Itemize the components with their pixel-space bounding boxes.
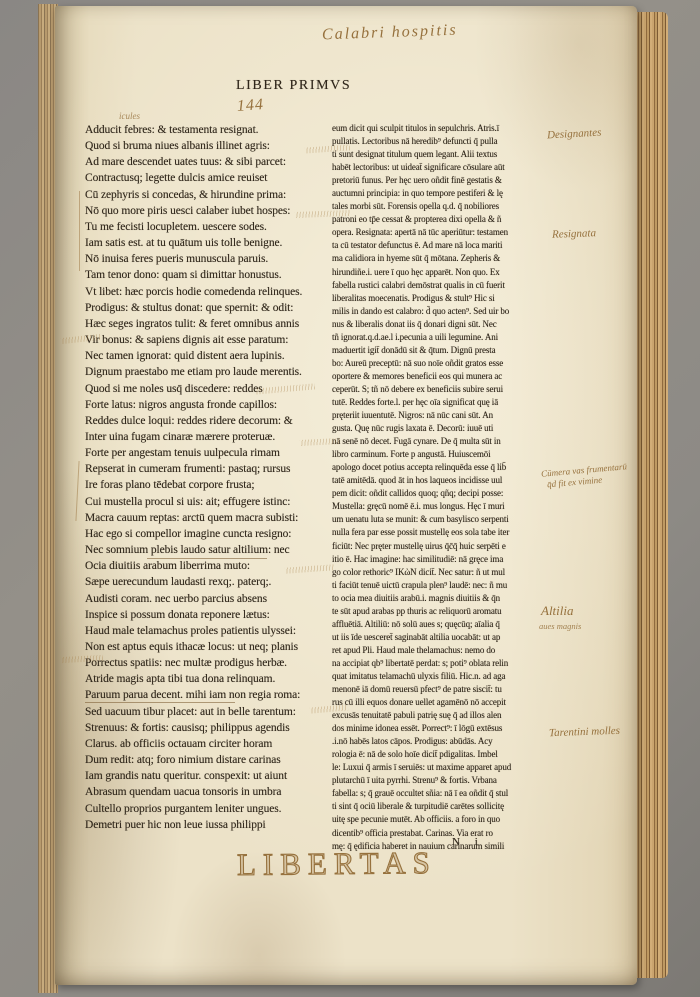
verse-line: Quod si bruma niues albanis illinet agri… (85, 138, 337, 154)
verse-line: Cū zephyris si concedas, & hirundine pri… (85, 187, 337, 203)
commentary-line: libro carminum. Forte p angustā. Huiusce… (332, 448, 552, 461)
verse-line: Dignum praestabo me etiam pro laude mere… (85, 364, 337, 380)
page-leaf: Calabri hospitis LIBER PRIMVS 144 icules… (55, 6, 637, 985)
margin-pen-line (79, 191, 80, 271)
commentary-line: dos minime idonea essēt. Porrect⁹: ī lōg… (332, 722, 552, 735)
verse-line: Nec somnium plebis laudo satur altilium:… (85, 542, 337, 558)
commentary-line: affluētiā. Altiliū: nō solū aues s; quęc… (332, 618, 552, 631)
verse-line: Strenuus: & fortis: causisq; philippus a… (85, 720, 337, 736)
verse-line: Porrectus spatiis: nec multæ prodigus he… (85, 655, 337, 671)
commentary-line: liberalitas moecenatis. Prodigus & stult… (332, 292, 552, 305)
commentary-line: uitę spe pecunie mutēt. Ab officiis. a f… (332, 813, 552, 826)
commentary-line: excusās tenuitatē pabuli patrię suę q̄ a… (332, 709, 552, 722)
verse-line: Macra cauum reptas: arctū quem macra sub… (85, 510, 337, 526)
verse-line: Hac ego si compellor imagine cuncta resi… (85, 526, 337, 542)
verse-line: Hæc seges ingratos tulit: & feret omnibu… (85, 316, 337, 332)
pen-underline (147, 558, 267, 559)
commentary-line: um uenatu luta se munit: & cum basylisco… (332, 513, 552, 526)
verse-line: Non est aptus equis ithacæ locus: ut neq… (85, 639, 337, 655)
commentary-line: rus cū illi equos donare uellet agamēnō … (332, 696, 552, 709)
verse-line: Forte latus: nigros angusta fronde capil… (85, 397, 337, 413)
commentary-line: nulla fera par esse possit mustellę eos … (332, 526, 552, 539)
commentary-line: fabella: s; q̄ grauē occultet sñia: nā ī… (332, 787, 552, 800)
commentary-line: .i.nō habēs latos cāpos. Prodigus: abūdā… (332, 735, 552, 748)
commentary-line: patroni eo tp̄e cessat & propterea dixi … (332, 213, 552, 226)
manuscript-libertas-annotation: LIBERTAS (237, 845, 437, 883)
commentary-line: nus & liberalis donat iis q̄ donari dign… (332, 318, 552, 331)
commentary-line: gusta. Quę nūc rugis laxata ē. Decorū: i… (332, 422, 552, 435)
quire-signature-mark: N i (452, 836, 484, 848)
commentary-line: apologo docet potius accepta relinquēda … (332, 461, 552, 474)
verse-line: Dum redit: atq; foro nimium distare cari… (85, 752, 337, 768)
verse-line: Sæpe uerecundum laudasti rexq;. paterq;. (85, 574, 337, 590)
verse-line: Audisti coram. nec uerbo parcius absens (85, 591, 337, 607)
verse-column: Adducit febres: & testamenta resignat.Qu… (85, 122, 337, 833)
verse-line: Inspice si possum donata reponere lætus: (85, 607, 337, 623)
commentary-line: nā senē nō decet. Fugā cynare. De q̄ mul… (332, 435, 552, 448)
commentary-line: go color rethoric⁹ ΙΚὼΝ dicit̄. Nec satu… (332, 566, 552, 579)
verse-line: Iam grandis natu queritur. conspexit: ut… (85, 768, 337, 784)
commentary-line: itio ē. Hac imagine: hac similitudiē: nā… (332, 553, 552, 566)
manuscript-interlinear-note: icules (119, 111, 140, 121)
verse-line: Vir bonus: & sapiens dignis ait esse par… (85, 332, 337, 348)
verse-line: Ire foras plano tēdebat corpore frusta; (85, 477, 337, 493)
commentary-line: ti faciūt tenuē uictū crapula plen⁹ laud… (332, 579, 552, 592)
commentary-line: Mustella: gręcū nomē ē.i. mus longus. Hę… (332, 500, 552, 513)
verse-line: Cultello proprios purgantem leniter ungu… (85, 801, 337, 817)
commentary-line: tales morbi sūt. Forensis opella q.d. q̄… (332, 200, 552, 213)
verse-line: Tu me fecisti locupletem. uescere sodes. (85, 219, 337, 235)
commentary-line: dicentib⁹ officia prestabat. Carinas. Vi… (332, 827, 552, 840)
commentary-line: tutē. Reddes forte.l. per hęc oīa signif… (332, 396, 552, 409)
manuscript-folio-number: 144 (236, 96, 264, 116)
commentary-line: auctumni principia: in quo tempore pesti… (332, 187, 552, 200)
margin-pen-line (75, 461, 79, 521)
commentary-line: opera. Resignata: apertā nā tūc aperiūtu… (332, 226, 552, 239)
commentary-line: bo: Aureū preceptū: nā suo noīe oñdit gr… (332, 357, 552, 370)
verse-line: Atride magis apta tibi tua dona relinqua… (85, 671, 337, 687)
verse-line: Haud male telamachus proles patientis ul… (85, 623, 337, 639)
commentary-line: tñ ignorat.q.d.ae.l i.pecunia a uili leg… (332, 331, 552, 344)
commentary-line: na accipiat qb⁹ libertatē perdat: s; pot… (332, 657, 552, 670)
commentary-line: pretoriū funus. Per hęc uero oñdit finē … (332, 174, 552, 187)
margin-note-designantes: Designantes (547, 127, 602, 142)
commentary-line: hirundiñe.i. uere ī quo hęc apparēt. Non… (332, 266, 552, 279)
manuscript-top-annotation: Calabri hospitis (322, 22, 458, 45)
verse-line: Prodigus: & stultus donat: que spernit: … (85, 300, 337, 316)
margin-note-resignata: Resignata (552, 227, 596, 241)
verse-line: Ad mare descendet uates tuus: & sibi par… (85, 154, 337, 170)
commentary-line: eum dicit qui sculpit titulos in sepulch… (332, 122, 552, 135)
commentary-line: tatē amitēdā. quod āt in hos laqueos inc… (332, 474, 552, 487)
verse-line: Iam satis est. at tu quātum uis tolle be… (85, 235, 337, 251)
verse-line: Tam tenor dono: quam si dimittar honustu… (85, 267, 337, 283)
commentary-line: ret apud Pli. Haud male thelamachus: nem… (332, 644, 552, 657)
commentary-column: eum dicit qui sculpit titulos in sepulch… (332, 122, 552, 853)
commentary-line: habēt lectoribus: ut uideat̄ significare… (332, 161, 552, 174)
commentary-line: ut iis īde uesceret̄ saginabāt altilia u… (332, 631, 552, 644)
verse-line: Demetri puer hic non leue iussa philippi (85, 817, 337, 833)
book-page-photo: Calabri hospitis LIBER PRIMVS 144 icules… (0, 0, 700, 997)
commentary-line: pullatis. Lectoribus nā heredib⁹ defunct… (332, 135, 552, 148)
commentary-line: ceperūt. S; tñ nō debere ex beneficiis s… (332, 383, 552, 396)
commentary-line: plutarchū ī uita pyrrhi. Strenu⁹ & forti… (332, 774, 552, 787)
verse-line: Repserat in cumeram frumenti: pastaq; ru… (85, 461, 337, 477)
commentary-line: ti sunt designat titulum quem legant. Al… (332, 148, 552, 161)
commentary-line: pem dicit: oñdit callidos quoq; qñq; dec… (332, 487, 552, 500)
commentary-line: fabella rustici calabri demōstrat qualis… (332, 279, 552, 292)
commentary-line: ma calidiora in hyeme sūt q̄ mōtana. Zep… (332, 252, 552, 265)
commentary-line: ta cū testator defunctus ē. Ad mare nā l… (332, 239, 552, 252)
verse-line: Nō inuisa feres pueris munuscula paruis. (85, 251, 337, 267)
commentary-line: pręteriit iuuentutē. Nigros: nā nūc cani… (332, 409, 552, 422)
verse-line: Adducit febres: & testamenta resignat. (85, 122, 337, 138)
page-title: LIBER PRIMVS (236, 78, 351, 94)
margin-note-altilia: Altilia (541, 603, 574, 619)
commentary-line: le: Luxui q̄ armis ī seruiēs: ut maxime … (332, 761, 552, 774)
verse-line: Nec tamen ignorat: quid distent aera lup… (85, 348, 337, 364)
verse-line: Contractusq; legette dulcis amice reuise… (85, 170, 337, 186)
commentary-line: oportere & memores beneficii eos qui mun… (332, 370, 552, 383)
pen-underline (85, 702, 235, 703)
commentary-line: te sūt apud arabas pp thuris ac reliquor… (332, 605, 552, 618)
fore-edge-page-stack (636, 12, 668, 978)
commentary-line: quat imitatus telamachū ulyxis filiū. Hi… (332, 670, 552, 683)
verse-line: Clarus. ab officiis octauam circiter hor… (85, 736, 337, 752)
verse-line: Cui mustella procul si uis: ait; effuger… (85, 494, 337, 510)
commentary-line: maduertit igit̄ donādū sit & q̄tum. Dign… (332, 344, 552, 357)
commentary-line: menonē iā domū reuersū pfect⁹ de patre s… (332, 683, 552, 696)
commentary-line: ficiūt: Nec pręter mustellę uirus q̄c̄q̄… (332, 540, 552, 553)
commentary-line: rologia ē: nā de solo hoīe dicit̄ pdigal… (332, 748, 552, 761)
commentary-line: to ocia mea diuitiis arabū.i. magnis diu… (332, 592, 552, 605)
verse-line: Sed uacuum tibur placet: aut in belle ta… (85, 704, 337, 720)
verse-line: Abrasum quendam uacua tonsoris in umbra (85, 784, 337, 800)
margin-note-tarentini: Tarentini molles (549, 725, 620, 739)
verse-line: Forte per angestam tenuis uulpecula rima… (85, 445, 337, 461)
verse-line: Reddes dulce loqui: reddes ridere decoru… (85, 413, 337, 429)
commentary-line: ti sint q̄ ociū liberale & turpitudiē ca… (332, 800, 552, 813)
commentary-line: milis in dando est calabro: d̄ quo acten… (332, 305, 552, 318)
verse-line: Vt libet: hæc porcis hodie comedenda rel… (85, 284, 337, 300)
margin-note-aues-magnis: aues magnis (539, 621, 581, 631)
